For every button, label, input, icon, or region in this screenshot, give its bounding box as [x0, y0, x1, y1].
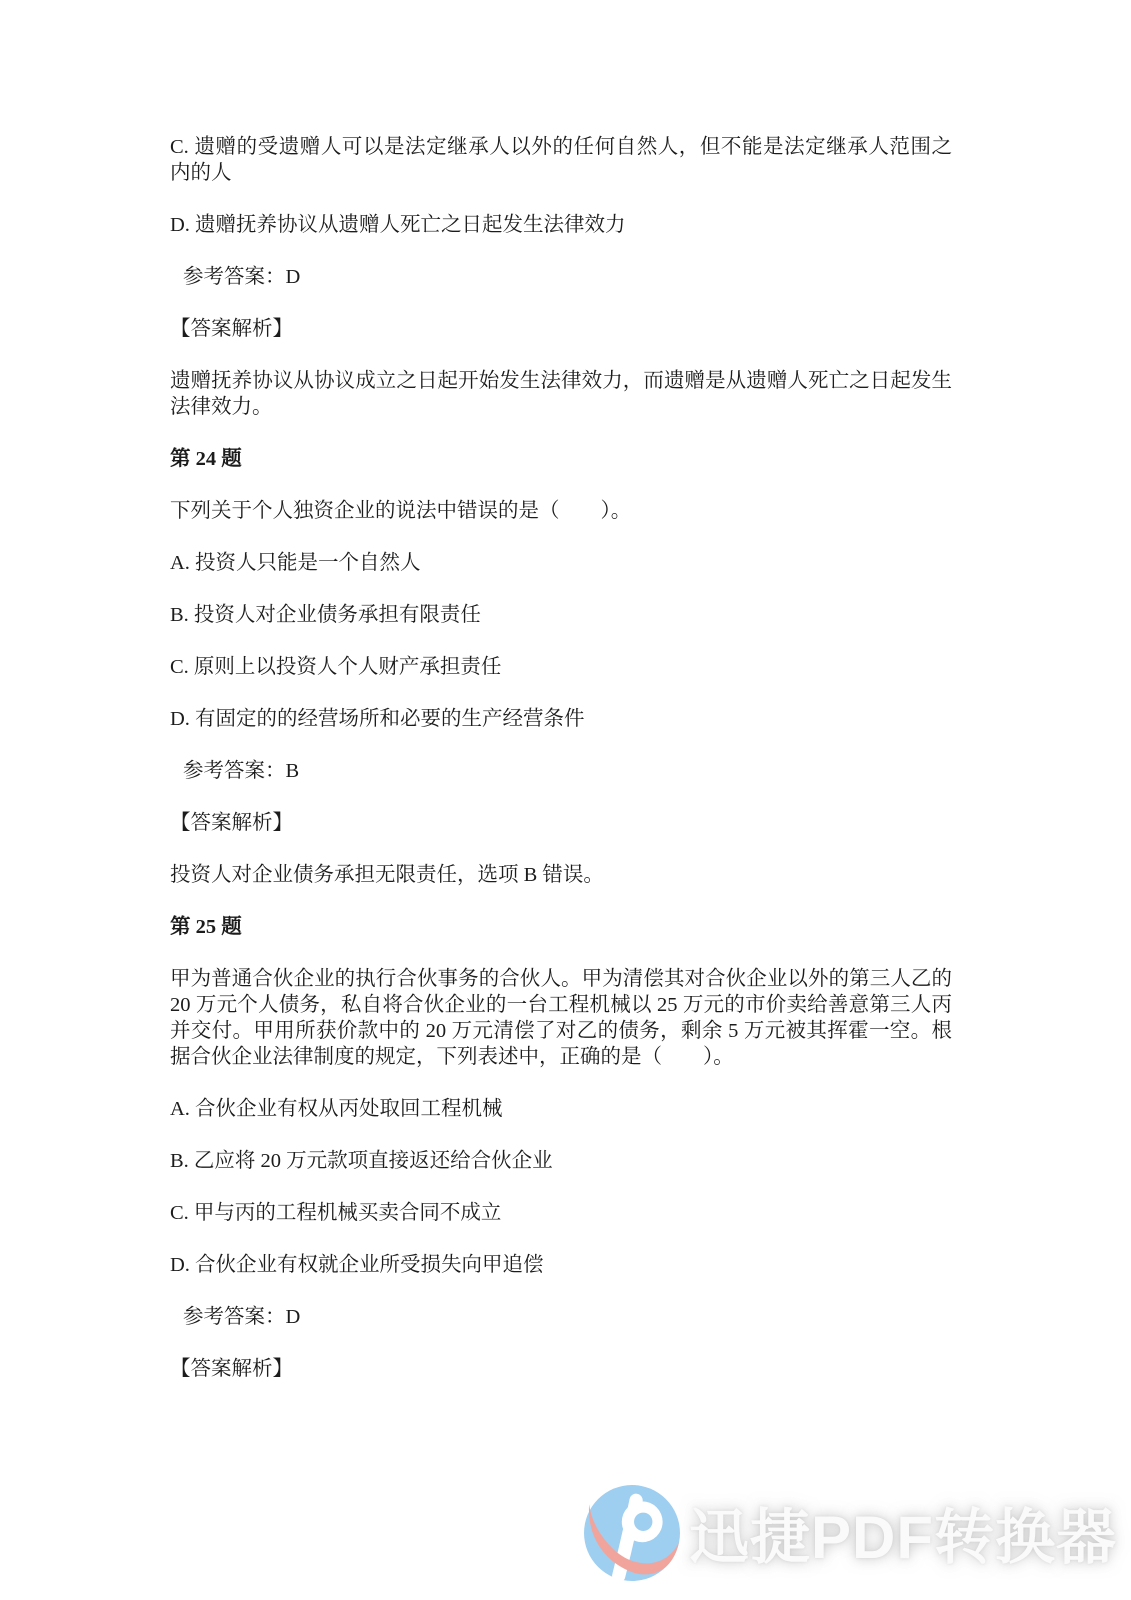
document-page: C. 遗赠的受遗赠人可以是法定继承人以外的任何自然人，但不能是法定继承人范围之内… — [0, 0, 1131, 1600]
q25-analysis-label: 【答案解析】 — [170, 1356, 952, 1382]
question-25-stem: 甲为普通合伙企业的执行合伙事务的合伙人。甲为清偿其对合伙企业以外的第三人乙的 2… — [170, 966, 952, 1070]
q24-option-a: A. 投资人只能是一个自然人 — [170, 550, 952, 576]
q24-reference-answer: 参考答案：B — [170, 758, 952, 784]
q24-option-c: C. 原则上以投资人个人财产承担责任 — [170, 654, 952, 680]
question-24-stem: 下列关于个人独资企业的说法中错误的是（ ）。 — [170, 498, 952, 524]
q23-option-d: D. 遗赠抚养协议从遗赠人死亡之日起发生法律效力 — [170, 212, 952, 238]
q25-option-c: C. 甲与丙的工程机械买卖合同不成立 — [170, 1200, 952, 1226]
q25-option-a: A. 合伙企业有权从丙处取回工程机械 — [170, 1096, 952, 1122]
q25-option-d: D. 合伙企业有权就企业所受损失向甲追偿 — [170, 1252, 952, 1278]
q23-option-c: C. 遗赠的受遗赠人可以是法定继承人以外的任何自然人，但不能是法定继承人范围之内… — [170, 134, 952, 186]
q23-reference-answer: 参考答案：D — [170, 264, 952, 290]
q23-analysis-label: 【答案解析】 — [170, 316, 952, 342]
question-25-heading: 第 25 题 — [170, 914, 952, 940]
q23-analysis-text: 遗赠抚养协议从协议成立之日起开始发生法律效力，而遗赠是从遗赠人死亡之日起发生法律… — [170, 368, 952, 420]
xunjie-pdf-converter-logo-icon — [583, 1484, 681, 1582]
q24-option-b: B. 投资人对企业债务承担有限责任 — [170, 602, 952, 628]
q25-reference-answer: 参考答案：D — [170, 1304, 952, 1330]
exam-text-body: C. 遗赠的受遗赠人可以是法定继承人以外的任何自然人，但不能是法定继承人范围之内… — [170, 134, 952, 1408]
watermark-text: 迅捷PDF转换器 — [689, 1490, 1117, 1576]
question-24-heading: 第 24 题 — [170, 446, 952, 472]
q24-option-d: D. 有固定的的经营场所和必要的生产经营条件 — [170, 706, 952, 732]
q25-option-b: B. 乙应将 20 万元款项直接返还给合伙企业 — [170, 1148, 952, 1174]
q24-analysis-text: 投资人对企业债务承担无限责任，选项 B 错误。 — [170, 862, 952, 888]
pdf-converter-watermark: 迅捷PDF转换器 — [583, 1484, 1117, 1582]
q24-analysis-label: 【答案解析】 — [170, 810, 952, 836]
